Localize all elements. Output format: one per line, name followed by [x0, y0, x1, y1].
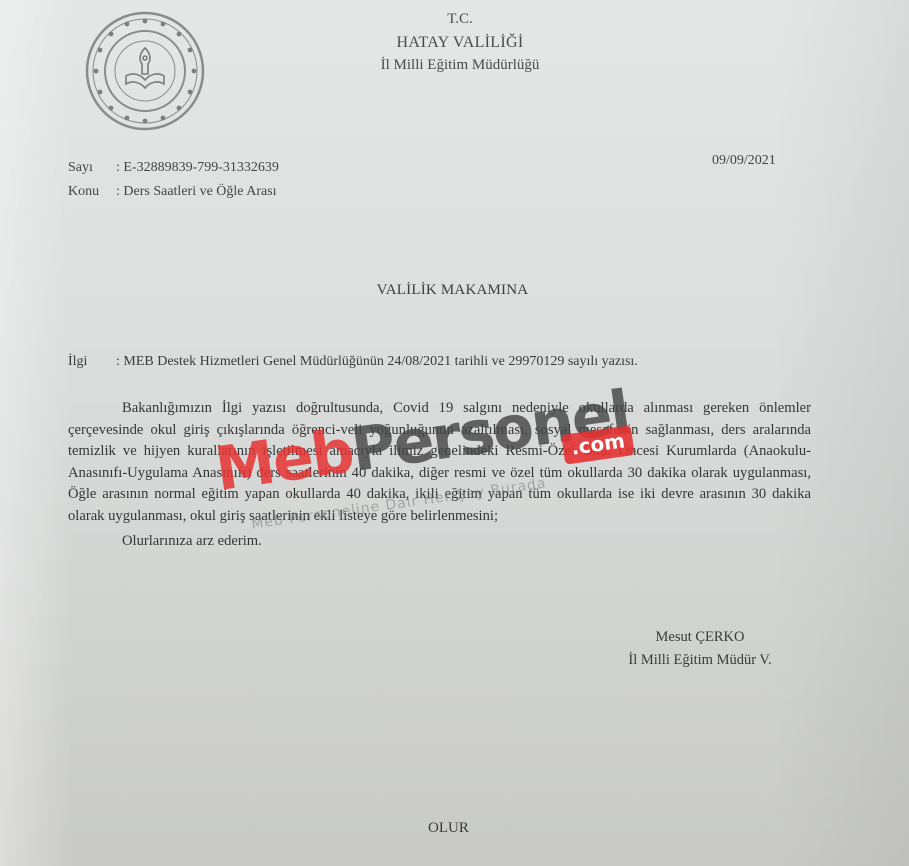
- signatory-title: İl Milli Eğitim Müdür V.: [600, 649, 800, 672]
- addressee-heading: VALİLİK MAKAMINA: [0, 282, 909, 299]
- reference-number-label: Sayı: [68, 160, 116, 176]
- approval-label: OLUR: [428, 820, 469, 837]
- letterhead: T.C. HATAY VALİLİĞİ İl Milli Eğitim Müdü…: [340, 8, 580, 77]
- body-paragraph: Bakanlığımızın İlgi yazısı doğrultusunda…: [68, 398, 811, 527]
- province-office: HATAY VALİLİĞİ: [340, 31, 580, 54]
- ministry-emblem-icon: [84, 10, 206, 132]
- letter-body: Bakanlığımızın İlgi yazısı doğrultusunda…: [68, 398, 811, 553]
- directorate-name: İl Milli Eğitim Müdürlüğü: [340, 54, 580, 77]
- country-abbr: T.C.: [340, 8, 580, 31]
- reference-number-value: : E-32889839-799-31332639: [116, 160, 279, 175]
- reference-number-row: Sayı: E-32889839-799-31332639: [68, 160, 279, 176]
- addressee-text: VALİLİK MAKAMINA: [377, 282, 529, 298]
- related-reference-row: İlgi: MEB Destek Hizmetleri Genel Müdürl…: [68, 354, 638, 370]
- subject-row: Konu: Ders Saatleri ve Öğle Arası: [68, 184, 277, 200]
- document-date: 09/09/2021: [712, 153, 776, 169]
- related-reference-value: : MEB Destek Hizmetleri Genel Müdürlüğün…: [116, 354, 638, 369]
- closing-line: Olurlarınıza arz ederim.: [68, 531, 811, 553]
- subject-value: : Ders Saatleri ve Öğle Arası: [116, 184, 277, 199]
- signature-block: Mesut ÇERKO İl Milli Eğitim Müdür V.: [600, 626, 800, 672]
- signatory-name: Mesut ÇERKO: [600, 626, 800, 649]
- subject-label: Konu: [68, 184, 116, 200]
- related-reference-label: İlgi: [68, 354, 116, 370]
